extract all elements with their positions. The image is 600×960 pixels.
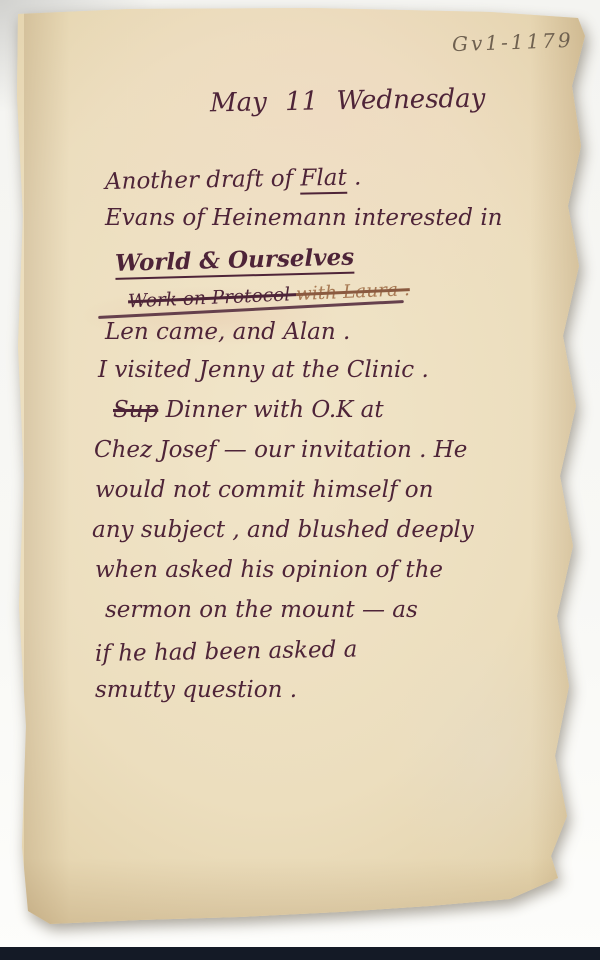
handwritten-text: when asked his opinion of the — [95, 557, 443, 583]
handwritten-text: . — [346, 164, 361, 190]
handwritten-text: I visited Jenny at the Clinic . — [98, 357, 429, 383]
paper-crease — [24, 6, 70, 928]
underlined-title: World & Ourselves — [115, 244, 355, 280]
handwritten-text: would not commit himself on — [95, 477, 433, 503]
handwritten-line: I visited Jenny at the Clinic . — [98, 350, 560, 390]
handwritten-line: would not commit himself on — [95, 470, 560, 510]
handwritten-text: Evans of Heinemann interested in — [105, 205, 503, 231]
diary-body: Another draft of Flat .Evans of Heineman… — [90, 158, 560, 710]
handwritten-line: Another draft of Flat . — [105, 154, 561, 202]
handwritten-line: Evans of Heinemann interested in — [105, 198, 560, 238]
paper-sheet: Gv1-1179 May 11 Wednesday Another draft … — [10, 6, 590, 928]
archive-reference: Gv1-1179 — [452, 28, 574, 56]
handwritten-line: if he had been asked a — [95, 626, 561, 674]
scanned-page: Gv1-1179 May 11 Wednesday Another draft … — [0, 0, 600, 960]
crossed-out-word: Sup — [113, 397, 158, 423]
handwritten-line: any subject , and blushed deeply — [92, 510, 560, 550]
handwritten-line: Chez Josef — our invitation . He — [94, 430, 560, 470]
date-heading: May 11 Wednesday — [210, 84, 486, 119]
underlined-title: Flat — [300, 165, 347, 195]
handwritten-text: if he had been asked a — [95, 636, 358, 667]
scanner-edge — [0, 947, 600, 960]
handwritten-text: Len came, and Alan . — [105, 319, 350, 345]
handwritten-line: Sup Dinner with O.K at — [113, 390, 560, 430]
handwritten-text: sermon on the mount — as — [105, 597, 418, 623]
handwritten-text: any subject , and blushed deeply — [92, 517, 474, 543]
handwritten-line: sermon on the mount — as — [105, 590, 560, 630]
handwritten-text: smutty question . — [95, 677, 297, 703]
paper: Gv1-1179 May 11 Wednesday Another draft … — [10, 6, 590, 928]
handwritten-line: when asked his opinion of the — [95, 550, 560, 590]
handwritten-text: Dinner with O.K at — [158, 397, 383, 423]
handwritten-text: Another draft of — [105, 166, 301, 195]
handwritten-line: smutty question . — [95, 670, 560, 710]
handwritten-text: Chez Josef — our invitation . He — [94, 437, 467, 463]
